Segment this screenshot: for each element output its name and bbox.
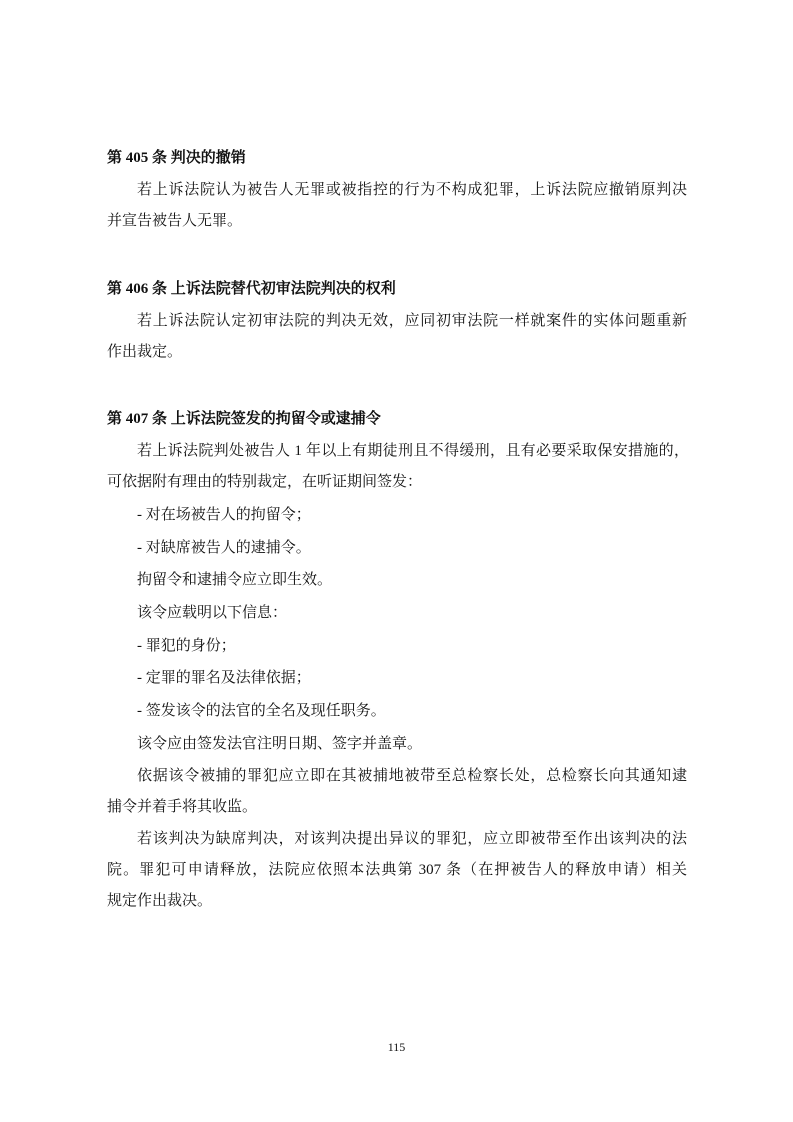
paragraph-line: 捕令并着手将其收监。 xyxy=(107,797,687,817)
article-406-para-line: 若上诉法院认定初审法院的判决无效，应同初审法院一样就案件的实体问题重新 xyxy=(137,311,687,331)
paragraph-line: 依据该令被捕的罪犯应立即在其被捕地被带至总检察长处，总检察长向其通知逮 xyxy=(137,766,687,786)
document-page: 第 405 条 判决的撤销 若上诉法院认为被告人无罪或被指控的行为不构成犯罪，上… xyxy=(0,0,793,1122)
page-number: 115 xyxy=(0,1040,793,1055)
article-405-heading: 第 405 条 判决的撤销 xyxy=(107,148,687,168)
article-407-para-line: 可依据附有理由的特别裁定，在听证期间签发： xyxy=(107,472,687,492)
paragraph-line: 若该判决为缺席判决，对该判决提出异议的罪犯，应立即被带至作出该判决的法 xyxy=(137,829,687,849)
list-item: - 罪犯的身份； xyxy=(137,636,717,656)
paragraph: 该令应由签发法官注明日期、签字并盖章。 xyxy=(137,734,717,754)
article-407-heading: 第 407 条 上诉法院签发的拘留令或逮捕令 xyxy=(107,409,687,429)
paragraph-line: 院。罪犯可申请释放，法院应依照本法典第 307 条（在押被告人的释放申请）相关 xyxy=(107,860,687,880)
paragraph: 拘留令和逮捕令应立即生效。 xyxy=(137,570,717,590)
article-405-para-line: 若上诉法院认为被告人无罪或被指控的行为不构成犯罪，上诉法院应撤销原判决 xyxy=(137,180,687,200)
article-407-para-line: 若上诉法院判处被告人 1 年以上有期徒刑且不得缓刑，且有必要采取保安措施的， xyxy=(137,441,689,461)
article-405-para-line: 并宣告被告人无罪。 xyxy=(107,211,687,231)
list-item: - 定罪的罪名及法律依据； xyxy=(137,668,717,688)
paragraph: 该令应载明以下信息： xyxy=(137,603,717,623)
paragraph-line: 规定作出裁决。 xyxy=(107,891,687,911)
article-406-heading: 第 406 条 上诉法院替代初审法院判决的权利 xyxy=(107,279,687,299)
article-406-para-line: 作出裁定。 xyxy=(107,342,687,362)
list-item: - 对在场被告人的拘留令； xyxy=(137,505,717,525)
list-item: - 签发该令的法官的全名及现任职务。 xyxy=(137,701,717,721)
list-item: - 对缺席被告人的逮捕令。 xyxy=(137,538,717,558)
